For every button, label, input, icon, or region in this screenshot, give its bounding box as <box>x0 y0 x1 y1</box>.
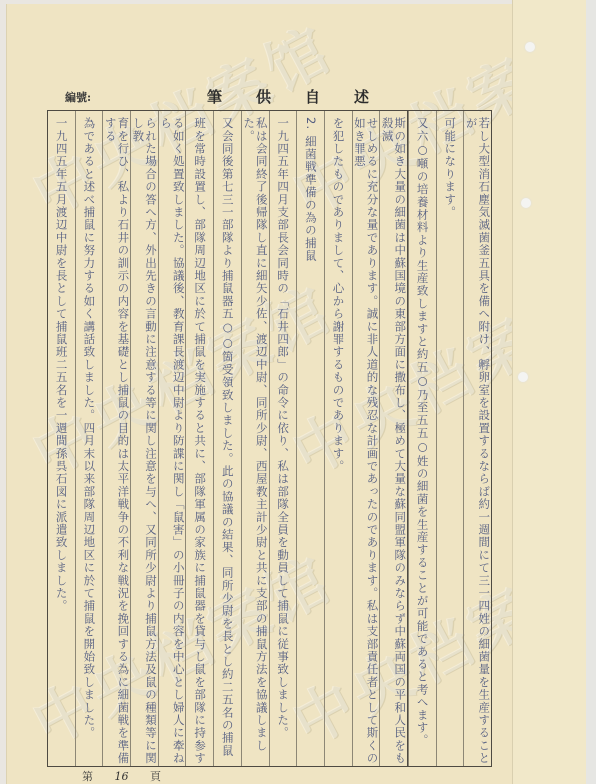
text-column: 2. 細菌戦準備の為の捕鼠 <box>296 111 324 766</box>
text-column: 若し大型消石塵気滅菌釜五具を備へ附け、孵卵室を設置するならば約一週間にて三一四姓… <box>463 111 491 766</box>
column-text: 又六○噸の培養材料より生産致しますと約五○乃至五五○姓の細菌を生産することが可能… <box>416 117 429 766</box>
punch-hole <box>525 42 535 52</box>
column-text: 又会同後第七三一部隊より捕鼠器五○○箇受領致しました。此の協議の結果、同所少尉を… <box>221 117 234 766</box>
column-text: せしめるに充分な量であります。誠に非人道的な残忍な計画であったのであります。私は… <box>353 117 378 766</box>
text-column: 班を常時設置し、部隊周辺地区に於て捕鼠を実施すると共に、部隊軍属の家族に捕鼠器を… <box>185 111 213 766</box>
column-text: られた場合の答へ方、外出先きの言動に注意する等に関し注意を与へ、又同所少尉より捕… <box>132 117 157 766</box>
text-column: る如く処置致しました。協議後、教育課長渡辺中尉より防諜に関し「鼠害」の小冊子の内… <box>158 111 186 766</box>
manuscript-grid: 若し大型消石塵気滅菌釜五具を備へ附け、孵卵室を設置するならば約一週間にて三一四姓… <box>47 110 492 767</box>
punch-hole <box>518 372 528 382</box>
column-text: る如く処置致しました。協議後、教育課長渡辺中尉より防諜に関し「鼠害」の小冊子の内… <box>159 117 184 766</box>
column-text: 為であると述べ捕鼠に努力する如く講話致しました。四月末以来部隊周辺地区に於て捕鼠… <box>83 117 96 766</box>
page-prefix: 第 <box>82 768 93 784</box>
column-text: 班を常時設置し、部隊周辺地区に於て捕鼠を実施すると共に、部隊軍属の家族に捕鼠器を… <box>193 117 206 766</box>
column-text: 若し大型消石塵気滅菌釜五具を備へ附け、孵卵室を設置するならば約一週間にて三一四姓… <box>465 117 490 766</box>
column-text: 育を行ひ、私より石井の訓示の内容を基礎とし捕鼠の目的は太平洋戦争の不利な戦況を挽… <box>104 117 129 766</box>
text-column: 又会同後第七三一部隊より捕鼠器五○○箇受領致しました。此の協議の結果、同所少尉を… <box>213 111 241 766</box>
text-column: 又六○噸の培養材料より生産致しますと約五○乃至五五○姓の細菌を生産することが可能… <box>408 111 436 766</box>
doc-number-label: 編號: <box>65 89 91 105</box>
column-text: 可能になります。 <box>444 117 457 766</box>
text-column: 可能になります。 <box>436 111 464 766</box>
column-text: を犯したものでありまして、心から謝罪するものであります。 <box>332 117 345 766</box>
text-column: を犯したものでありまして、心から謝罪するものであります。 <box>324 111 352 766</box>
column-text: 私は会同終了後帰隊し直に細矢少佐、渡辺中尉、同所少尉、西屋教主計少尉と共に支部の… <box>243 117 268 766</box>
column-text: 一九四五年五月渡辺中尉を長として捕鼠班二五名を一週間孫呉石図に派遣致しました。 <box>55 117 68 766</box>
punch-hole <box>521 198 531 208</box>
scan-edge <box>586 0 596 784</box>
page-number: 16 <box>115 770 129 783</box>
column-text: 一九四五年四月支部長会同時の「石井四郎」の命令に依り、私は部隊全員を動員して捕鼠… <box>277 117 290 766</box>
text-column: 斯の如き大量の細菌は中蘇国境の東部方面に撒布し、極めて大量な蘇同盟軍隊のみならず… <box>379 111 408 766</box>
text-column: せしめるに充分な量であります。誠に非人道的な残忍な計画であったのであります。私は… <box>352 111 380 766</box>
column-text: 2. 細菌戦準備の為の捕鼠 <box>304 117 317 766</box>
document-header: 編號: 筆供自述 <box>60 86 500 106</box>
page-suffix: 頁 <box>150 768 161 784</box>
text-column: 育を行ひ、私より石井の訓示の内容を基礎とし捕鼠の目的は太平洋戦争の不利な戦況を挽… <box>102 111 130 766</box>
text-column: 為であると述べ捕鼠に努力する如く講話致しました。四月末以来部隊周辺地区に於て捕鼠… <box>75 111 103 766</box>
doc-title: 筆供自述 <box>185 86 425 107</box>
text-column: られた場合の答へ方、外出先きの言動に注意する等に関し注意を与へ、又同所少尉より捕… <box>130 111 158 766</box>
column-text: 斯の如き大量の細菌は中蘇国境の東部方面に撒布し、極めて大量な蘇同盟軍隊のみならず… <box>381 117 406 766</box>
page-margin <box>512 0 596 784</box>
text-column: 一九四五年四月支部長会同時の「石井四郎」の命令に依り、私は部隊全員を動員して捕鼠… <box>269 111 297 766</box>
page-footer: 第 16 頁 <box>82 768 161 784</box>
text-column: 一九四五年五月渡辺中尉を長として捕鼠班二五名を一週間孫呉石図に派遣致しました。 <box>48 111 75 766</box>
text-column: 私は会同終了後帰隊し直に細矢少佐、渡辺中尉、同所少尉、西屋教主計少尉と共に支部の… <box>241 111 269 766</box>
